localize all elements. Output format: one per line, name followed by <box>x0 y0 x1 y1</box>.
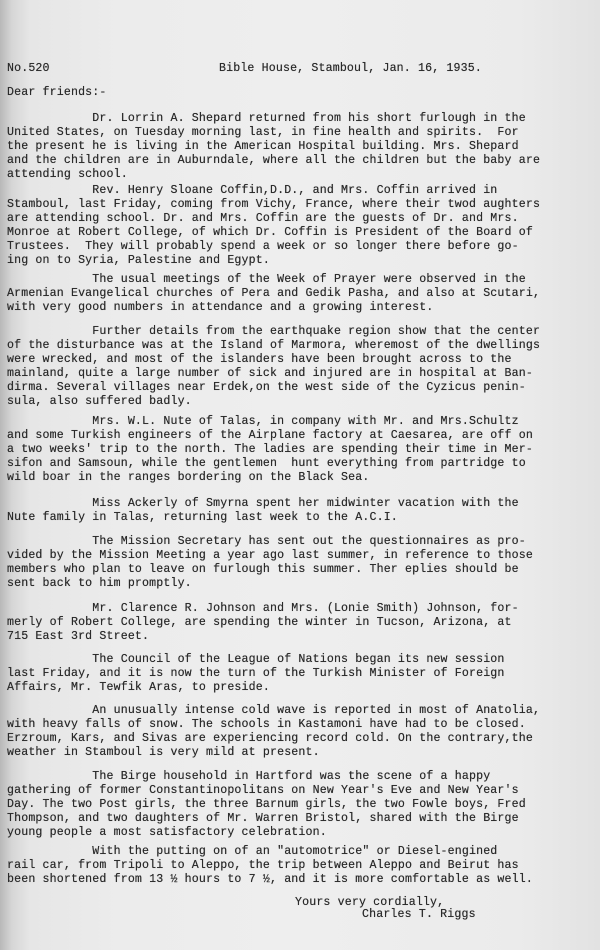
text-line: with heavy falls of snow. The schools in… <box>7 718 526 732</box>
text-line: Mrs. W.L. Nute of Talas, in company with… <box>7 415 519 429</box>
text-line: sula, also suffered badly. <box>7 395 192 409</box>
text-line: The Council of the League of Nations beg… <box>7 653 505 667</box>
text-line: Armenian Evangelical churches of Pera an… <box>7 287 540 301</box>
text-line: been shortened from 13 ½ hours to 7 ½, a… <box>7 873 533 887</box>
letter-number: No.520 <box>7 62 50 76</box>
letter-page: No.520 Bible House, Stamboul, Jan. 16, 1… <box>0 0 600 950</box>
text-line: vided by the Mission Meeting a year ago … <box>7 549 533 563</box>
text-line: the present he is living in the American… <box>7 140 519 154</box>
text-line: and some Turkish engineers of the Airpla… <box>7 429 533 443</box>
text-line: An unusually intense cold wave is report… <box>7 704 540 718</box>
text-line: With the putting on of an "automotrice" … <box>7 845 497 859</box>
text-line: Further details from the earthquake regi… <box>7 325 540 339</box>
text-line: of the disturbance was at the Island of … <box>7 339 540 353</box>
text-line: The usual meetings of the Week of Prayer… <box>7 273 526 287</box>
text-line: The Mission Secretary has sent out the q… <box>7 535 526 549</box>
text-line: Day. The two Post girls, the three Barnu… <box>7 798 526 812</box>
text-line: last Friday, and it is now the turn of t… <box>7 667 505 681</box>
text-line: sent back to him promptly. <box>7 577 192 591</box>
text-line: gathering of former Constantinopolitans … <box>7 784 519 798</box>
text-line: 715 East 3rd Street. <box>7 630 149 644</box>
text-line: members who plan to leave on furlough th… <box>7 563 519 577</box>
text-line: Miss Ackerly of Smyrna spent her midwint… <box>7 497 519 511</box>
text-line: Rev. Henry Sloane Coffin,D.D., and Mrs. … <box>7 184 497 198</box>
text-line: Monroe at Robert College, of which Dr. C… <box>7 226 533 240</box>
text-line: wild boar in the ranges bordering on the… <box>7 471 369 485</box>
text-line: with very good numbers in attendance and… <box>7 301 433 315</box>
text-line: Dr. Lorrin A. Shepard returned from his … <box>7 112 526 126</box>
text-line: The Birge household in Hartford was the … <box>7 770 490 784</box>
text-line: are attending school. Dr. and Mrs. Coffi… <box>7 212 519 226</box>
text-line: were wrecked, and most of the islanders … <box>7 353 512 367</box>
salutation: Dear friends:- <box>7 86 107 100</box>
text-line: rail car, from Tripoli to Aleppo, the tr… <box>7 859 519 873</box>
text-line: a two weeks' trip to the north. The ladi… <box>7 443 533 457</box>
text-line: Trustees. They will probably spend a wee… <box>7 240 519 254</box>
text-line: Affairs, Mr. Tewfik Aras, to preside. <box>7 681 270 695</box>
text-line: Erzroum, Kars, and Sivas are experiencin… <box>7 732 533 746</box>
signature: Charles T. Riggs <box>362 908 476 922</box>
text-line: dirma. Several villages near Erdek,on th… <box>7 381 526 395</box>
text-line: mainland, quite a large number of sick a… <box>7 367 533 381</box>
text-line: United States, on Tuesday morning last, … <box>7 126 519 140</box>
text-line: and the children are in Auburndale, wher… <box>7 154 540 168</box>
text-line: Mr. Clarence R. Johnson and Mrs. (Lonie … <box>7 602 519 616</box>
text-line: ing on to Syria, Palestine and Egypt. <box>7 254 270 268</box>
letter-heading: Bible House, Stamboul, Jan. 16, 1935. <box>219 62 482 76</box>
text-line: attending school. <box>7 168 128 182</box>
text-line: Nute family in Talas, returning last wee… <box>7 511 398 525</box>
text-line: weather in Stamboul is very mild at pres… <box>7 746 320 760</box>
text-line: Thompson, and two daughters of Mr. Warre… <box>7 812 519 826</box>
text-line: Stamboul, last Friday, coming from Vichy… <box>7 198 540 212</box>
text-line: merly of Robert College, are spending th… <box>7 616 512 630</box>
text-line: sifon and Samsoun, while the gentlemen h… <box>7 457 526 471</box>
text-line: young people a most satisfactory celebra… <box>7 826 327 840</box>
